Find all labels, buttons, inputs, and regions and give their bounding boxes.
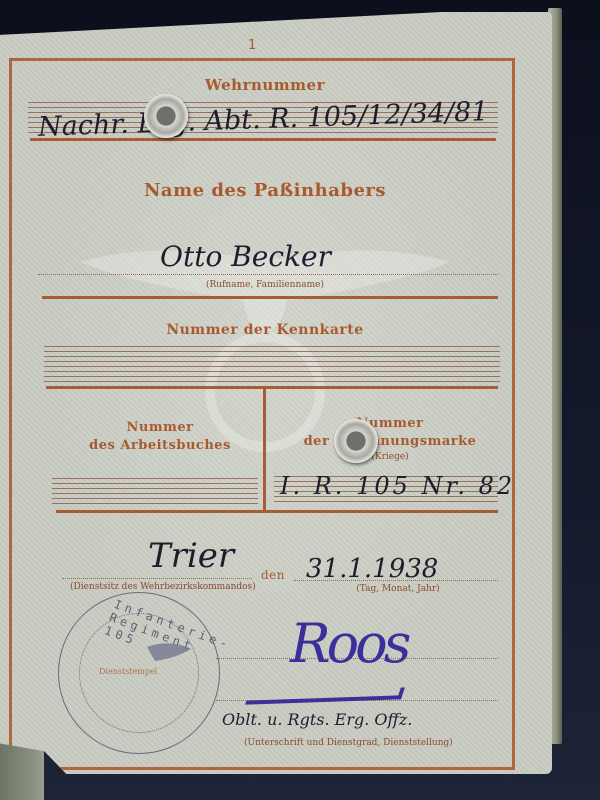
stamp-eagle-icon xyxy=(145,641,193,681)
arbeitsbuch-heading-line1: Nummer xyxy=(70,420,250,435)
passholder-rule xyxy=(42,296,498,299)
eyelet-top xyxy=(144,94,188,138)
wehrnummer-heading: Wehrnummer xyxy=(190,76,340,94)
place-dotted-line xyxy=(62,578,252,579)
passholder-value: Otto Becker xyxy=(160,240,331,273)
erkennungsmarke-value: I. R. 105 Nr. 82 xyxy=(280,472,515,500)
erkennungsmarke-heading-line2: der Erkennungsmarke xyxy=(290,434,490,449)
official-stamp: Infanterie-Regiment 105 Dienststempel xyxy=(58,592,220,754)
page-number: 1 xyxy=(248,38,256,53)
document-page: 1 Wehrnummer Nachr. Erg. Abt. R. 105/12/… xyxy=(0,12,552,774)
eyelet-middle xyxy=(334,419,378,463)
kennkarte-rule xyxy=(46,386,498,389)
passholder-caption: (Rufname, Familienname) xyxy=(190,280,340,290)
arbeitsbuch-heading-line2: des Arbeitsbuches xyxy=(70,438,250,453)
kennkarte-heading: Nummer der Kennkarte xyxy=(150,322,380,338)
signature-value: Roos xyxy=(290,612,407,675)
place-caption: (Dienstsitz des Wehrbezirkskommandos) xyxy=(70,582,240,592)
den-label: den xyxy=(258,568,288,582)
passholder-heading: Name des Paßinhabers xyxy=(120,180,410,201)
section-divider xyxy=(263,388,266,510)
boxes-bottom-rule xyxy=(56,510,498,513)
date-caption: (Tag, Monat, Jahr) xyxy=(348,584,448,594)
passholder-dotted-line xyxy=(38,274,498,275)
date-dotted-line xyxy=(294,580,498,581)
erkennungsmarke-heading-line1: Nummer xyxy=(290,416,490,431)
place-value: Trier xyxy=(148,536,234,576)
signature-caption: (Unterschrift und Dienstgrad, Dienststel… xyxy=(244,738,444,748)
arbeitsbuch-lines xyxy=(52,474,258,504)
signature-rank: Oblt. u. Rgts. Erg. Offz. xyxy=(222,710,412,729)
kennkarte-lines xyxy=(44,342,500,382)
